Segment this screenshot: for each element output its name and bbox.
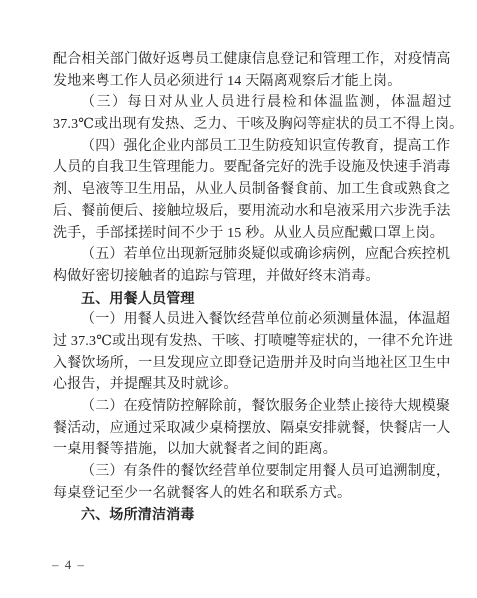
body-text-line: 37.3℃或出现有发热、乏力、干咳及胸闷等症状的员工不得上岗。 (53, 114, 448, 136)
section-heading: 六、场所清洁消毒 (53, 504, 448, 526)
document-page: 配合相关部门做好返粤员工健康信息登记和管理工作，对疫情高发地来粤工作人员必须进行… (0, 0, 477, 598)
body-text-line: 每桌登记至少一名就餐客人的姓名和联系方式。 (53, 483, 448, 505)
body-text-line: （三）每日对从业人员进行晨检和体温监测，体温超过 (53, 92, 448, 114)
body-text-line: （三）有条件的餐饮经营单位要制定用餐人员可追溯制度， (53, 461, 448, 483)
body-text-line: （四）强化企业内部员工卫生防疫知识宣传教育，提高工作 (53, 136, 448, 158)
body-text-line: 构做好密切接触者的追踪与管理，并做好终末消毒。 (53, 266, 448, 288)
body-text-line: 后、餐前便后、接触垃圾后，要用流动水和皂液采用六步洗手法 (53, 201, 448, 223)
document-body: 配合相关部门做好返粤员工健康信息登记和管理工作，对疫情高发地来粤工作人员必须进行… (53, 49, 448, 526)
body-text-line: 人员的自我卫生管理能力。要配备完好的洗手设施及快速手消毒 (53, 157, 448, 179)
body-text-line: （一）用餐人员进入餐饮经营单位前必须测量体温，体温超 (53, 309, 448, 331)
body-text-line: 一桌用餐等措施，以加大就餐者之间的距离。 (53, 439, 448, 461)
body-text-line: 发地来粤工作人员必须进行 14 天隔离观察后才能上岗。 (53, 71, 448, 93)
body-text-line: 剂、皂液等卫生用品，从业人员制备餐食前、加工生食或熟食之 (53, 179, 448, 201)
body-text-line: （二）在疫情防控解除前，餐饮服务企业禁止接待大规模聚 (53, 396, 448, 418)
body-text-line: 洗手，手部揉搓时间不少于 15 秒。从业人员应配戴口罩上岗。 (53, 223, 448, 245)
body-text-line: 餐活动，应通过采取减少桌椅摆放、隔桌安排就餐，快餐店一人 (53, 418, 448, 440)
body-text-line: 过 37.3℃或出现有发热、干咳、打喷嚏等症状的，一律不允许进 (53, 331, 448, 353)
body-text-line: 配合相关部门做好返粤员工健康信息登记和管理工作，对疫情高 (53, 49, 448, 71)
body-text-line: 入餐饮场所，一旦发现应立即登记造册并及时向当地社区卫生中 (53, 353, 448, 375)
body-text-line: 心报告，并提醒其及时就诊。 (53, 374, 448, 396)
body-text-line: （五）若单位出现新冠肺炎疑似或确诊病例，应配合疾控机 (53, 244, 448, 266)
page-number: – 4 – (52, 557, 86, 573)
section-heading: 五、用餐人员管理 (53, 288, 448, 310)
